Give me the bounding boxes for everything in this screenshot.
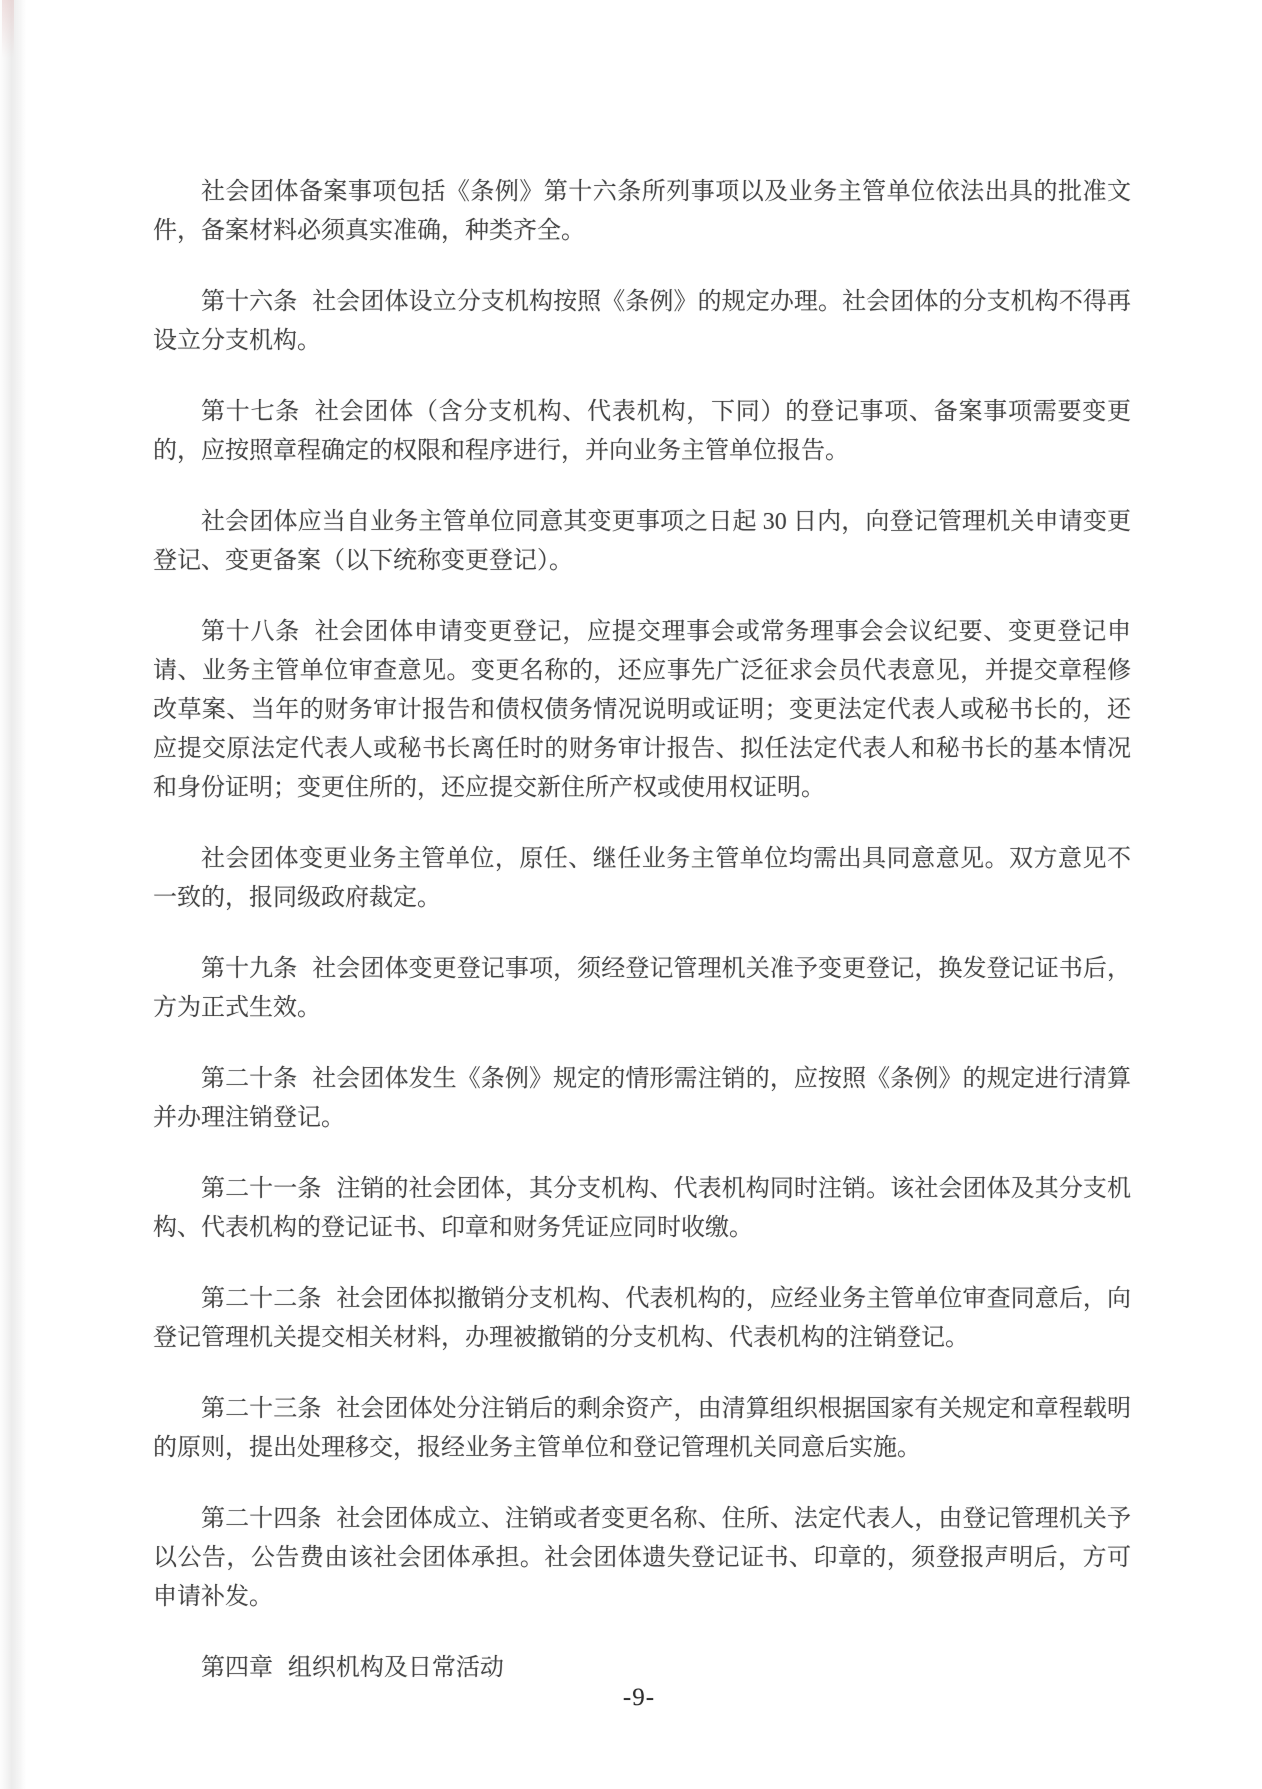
article-number: 第二十一条: [201, 1176, 321, 1202]
article-19: 第十九条社会团体变更登记事项，须经登记管理机关准予变更登记，换发登记证书后，方为…: [153, 950, 1131, 1028]
article-24: 第二十四条社会团体成立、注销或者变更名称、住所、法定代表人，由登记管理机关予以公…: [153, 1500, 1131, 1617]
article-23: 第二十三条社会团体处分注销后的剩余资产，由清算组织根据国家有关规定和章程载明的原…: [153, 1390, 1131, 1468]
para-change-deadline: 社会团体应当自业务主管单位同意其变更事项之日起 30 日内，向登记管理机关申请变…: [153, 503, 1131, 581]
article-number: 第十八条: [201, 619, 300, 645]
article-number: 第二十条: [201, 1066, 297, 1092]
article-number: 第二十三条: [201, 1396, 321, 1422]
article-number: 第二十四条: [201, 1506, 321, 1532]
scan-edge-artifact: [0, 0, 26, 1789]
article-number: 第十六条: [201, 289, 297, 315]
article-21: 第二十一条注销的社会团体，其分支机构、代表机构同时注销。该社会团体及其分支机构、…: [153, 1170, 1131, 1248]
paragraph-text: 社会团体设立分支机构按照《条例》的规定办理。社会团体的分支机构不得再设立分支机构…: [153, 289, 1131, 354]
paragraph-text: 社会团体变更业务主管单位，原任、继任业务主管单位均需出具同意意见。双方意见不一致…: [153, 846, 1131, 911]
page-number: -9-: [0, 1684, 1262, 1712]
article-number: 第二十二条: [201, 1286, 321, 1312]
chapter-4-heading: 第四章组织机构及日常活动: [153, 1649, 1131, 1688]
article-18: 第十八条社会团体申请变更登记，应提交理事会或常务理事会会议纪要、变更登记申请、业…: [153, 613, 1131, 808]
paragraph-text: 社会团体备案事项包括《条例》第十六条所列事项以及业务主管单位依法出具的批准文件，…: [153, 179, 1131, 244]
para-filing-requirements: 社会团体备案事项包括《条例》第十六条所列事项以及业务主管单位依法出具的批准文件，…: [153, 173, 1131, 251]
chapter-title: 组织机构及日常活动: [288, 1655, 504, 1681]
paragraph-text: 社会团体变更登记事项，须经登记管理机关准予变更登记，换发登记证书后，方为正式生效…: [153, 956, 1131, 1021]
article-20: 第二十条社会团体发生《条例》规定的情形需注销的，应按照《条例》的规定进行清算并办…: [153, 1060, 1131, 1138]
para-supervisor-change: 社会团体变更业务主管单位，原任、继任业务主管单位均需出具同意意见。双方意见不一致…: [153, 840, 1131, 918]
paragraph-text: 社会团体申请变更登记，应提交理事会或常务理事会会议纪要、变更登记申请、业务主管单…: [153, 619, 1131, 801]
document-body: 社会团体备案事项包括《条例》第十六条所列事项以及业务主管单位依法出具的批准文件，…: [153, 173, 1131, 1720]
paragraph-text: 社会团体发生《条例》规定的情形需注销的，应按照《条例》的规定进行清算并办理注销登…: [153, 1066, 1131, 1131]
chapter-number: 第四章: [201, 1655, 273, 1681]
article-number: 第十七条: [201, 399, 300, 425]
scan-smudge-artifact: [2, 0, 14, 58]
article-22: 第二十二条社会团体拟撤销分支机构、代表机构的，应经业务主管单位审查同意后，向登记…: [153, 1280, 1131, 1358]
paragraph-text: 社会团体应当自业务主管单位同意其变更事项之日起 30 日内，向登记管理机关申请变…: [153, 509, 1131, 574]
article-number: 第十九条: [201, 956, 297, 982]
article-17: 第十七条社会团体（含分支机构、代表机构，下同）的登记事项、备案事项需要变更的，应…: [153, 393, 1131, 471]
article-16: 第十六条社会团体设立分支机构按照《条例》的规定办理。社会团体的分支机构不得再设立…: [153, 283, 1131, 361]
